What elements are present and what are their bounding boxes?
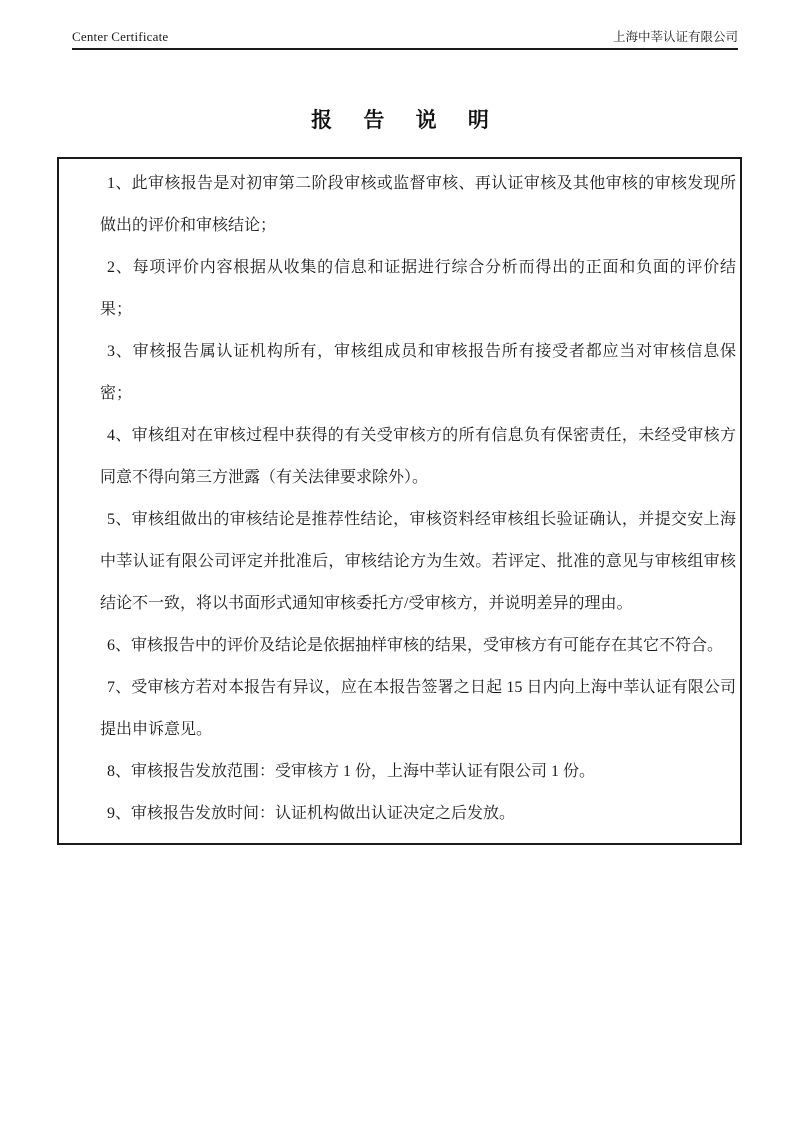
note-item: 2、每项评价内容根据从收集的信息和证据进行综合分析而得出的正面和负面的评价结果； [100, 247, 736, 331]
page-header: Center Certificate 上海中莘认证有限公司 [72, 27, 738, 50]
notes-box: 1、此审核报告是对初审第二阶段审核或监督审核、再认证审核及其他审核的审核发现所做… [57, 157, 742, 845]
note-item: 4、审核组对在审核过程中获得的有关受审核方的所有信息负有保密责任，未经受审核方同… [100, 415, 736, 499]
note-item: 8、审核报告发放范围：受审核方 1 份，上海中莘认证有限公司 1 份。 [100, 751, 736, 793]
page-title: 报 告 说 明 [0, 104, 800, 134]
note-item: 5、审核组做出的审核结论是推荐性结论，审核资料经审核组长验证确认，并提交安上海中… [100, 499, 736, 625]
note-item: 9、审核报告发放时间：认证机构做出认证决定之后发放。 [100, 793, 736, 835]
note-item: 7、受审核方若对本报告有异议，应在本报告签署之日起 15 日内向上海中莘认证有限… [100, 667, 736, 751]
note-item: 6、审核报告中的评价及结论是依据抽样审核的结果，受审核方有可能存在其它不符合。 [100, 625, 736, 667]
header-right-text: 上海中莘认证有限公司 [613, 27, 738, 45]
header-left-text: Center Certificate [72, 29, 168, 45]
document-page: Center Certificate 上海中莘认证有限公司 报 告 说 明 1、… [0, 0, 800, 1131]
note-item: 1、此审核报告是对初审第二阶段审核或监督审核、再认证审核及其他审核的审核发现所做… [100, 163, 736, 247]
note-item: 3、审核报告属认证机构所有，审核组成员和审核报告所有接受者都应当对审核信息保密； [100, 331, 736, 415]
